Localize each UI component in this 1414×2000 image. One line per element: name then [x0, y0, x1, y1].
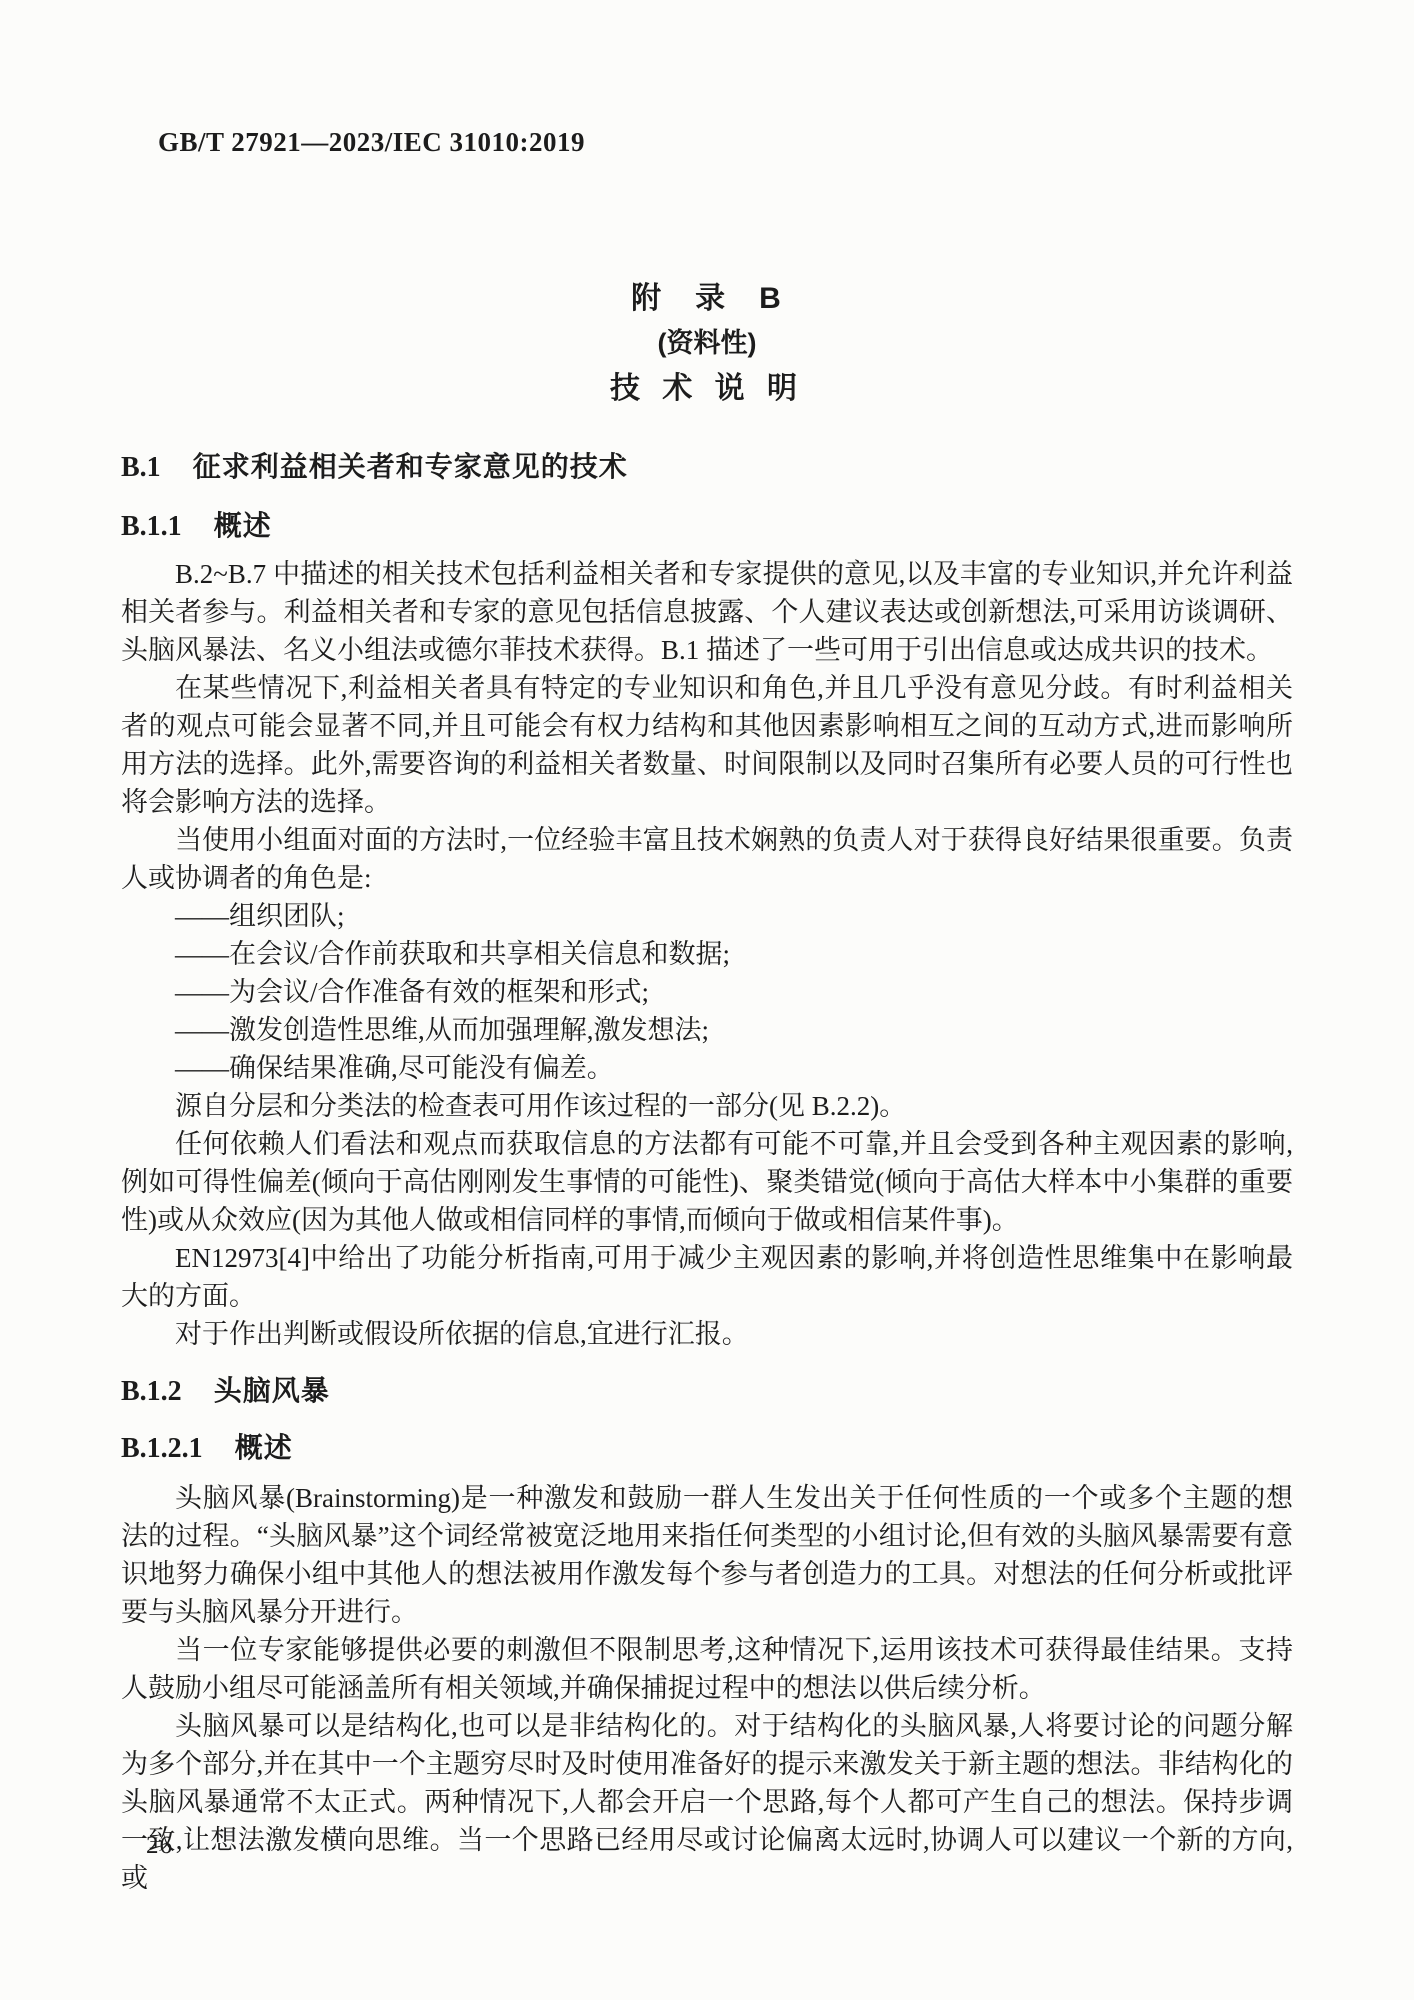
section-heading-b11: B.1.1概述 [121, 506, 1293, 547]
section-number: B.1.1 [121, 511, 182, 542]
paragraph: 在某些情况下,利益相关者具有特定的专业知识和角色,并且几乎没有意见分歧。有时利益… [121, 669, 1293, 821]
section-title: 概述 [235, 1432, 293, 1463]
section-title: 征求利益相关者和专家意见的技术 [193, 451, 628, 482]
section-heading-b121: B.1.2.1概述 [121, 1428, 1293, 1469]
paragraph: 对于作出判断或假设所依据的信息,宜进行汇报。 [121, 1315, 1293, 1353]
dash-list-item: ——为会议/合作准备有效的框架和形式; [121, 973, 1293, 1011]
appendix-title-line: 附 录 B [121, 276, 1293, 321]
paragraph: 头脑风暴可以是结构化,也可以是非结构化的。对于结构化的头脑风暴,人将要讨论的问题… [121, 1707, 1293, 1897]
appendix-subject: 技 术 说 明 [121, 366, 1293, 411]
paragraph: 头脑风暴(Brainstorming)是一种激发和鼓励一群人生发出关于任何性质的… [121, 1479, 1293, 1631]
section-title: 头脑风暴 [214, 1375, 330, 1406]
appendix-title-block: 附 录 B (资料性) 技 术 说 明 [121, 276, 1293, 411]
section-heading-b12: B.1.2头脑风暴 [121, 1371, 1293, 1412]
appendix-normative-label: (资料性) [121, 321, 1293, 366]
dash-list-item: ——组织团队; [121, 897, 1293, 935]
section-heading-b1: B.1征求利益相关者和专家意见的技术 [121, 447, 1293, 488]
paragraph: B.2~B.7 中描述的相关技术包括利益相关者和专家提供的意见,以及丰富的专业知… [121, 555, 1293, 669]
document-page: GB/T 27921—2023/IEC 31010:2019 附 录 B (资料… [0, 0, 1414, 2000]
dash-list-item: ——激发创造性思维,从而加强理解,激发想法; [121, 1011, 1293, 1049]
paragraph: EN12973[4]中给出了功能分析指南,可用于减少主观因素的影响,并将创造性思… [121, 1239, 1293, 1315]
section-number: B.1 [121, 452, 161, 483]
section-number: B.1.2.1 [121, 1433, 203, 1464]
dash-list-item: ——确保结果准确,尽可能没有偏差。 [121, 1049, 1293, 1087]
section-number: B.1.2 [121, 1376, 182, 1407]
paragraph: 源自分层和分类法的检查表可用作该过程的一部分(见 B.2.2)。 [121, 1087, 1293, 1125]
paragraph: 任何依赖人们看法和观点而获取信息的方法都有可能不可靠,并且会受到各种主观因素的影… [121, 1125, 1293, 1239]
page-number: 26 [146, 1832, 173, 1860]
paragraph: 当使用小组面对面的方法时,一位经验丰富且技术娴熟的负责人对于获得良好结果很重要。… [121, 821, 1293, 897]
section-title: 概述 [214, 510, 272, 541]
page-content: 附 录 B (资料性) 技 术 说 明 B.1征求利益相关者和专家意见的技术 B… [121, 0, 1293, 1897]
dash-list-item: ——在会议/合作前获取和共享相关信息和数据; [121, 935, 1293, 973]
paragraph: 当一位专家能够提供必要的刺激但不限制思考,这种情况下,运用该技术可获得最佳结果。… [121, 1631, 1293, 1707]
